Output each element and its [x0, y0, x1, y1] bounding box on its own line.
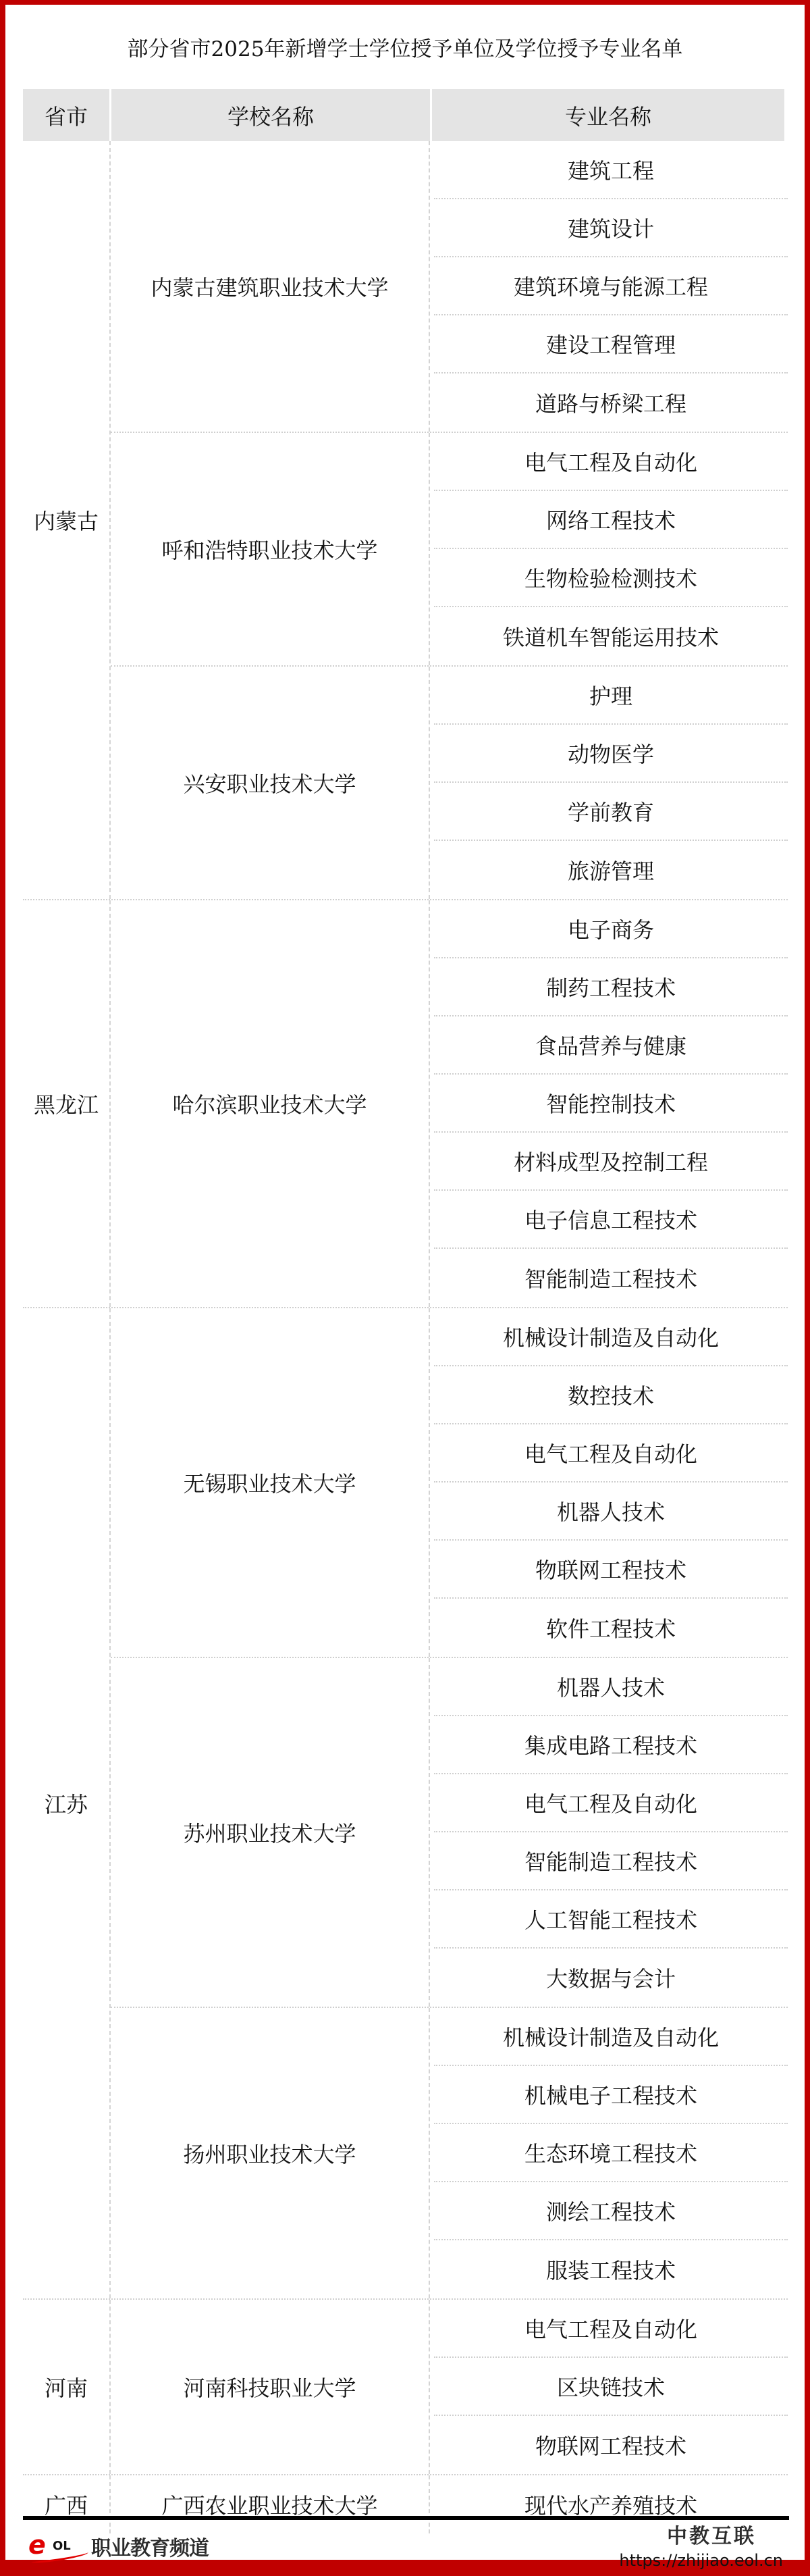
- province-cell: 广西: [23, 2475, 111, 2533]
- major-cell: 电子信息工程技术: [434, 1191, 788, 1249]
- major-list: 机械设计制造及自动化数控技术电气工程及自动化机器人技术物联网工程技术软件工程技术: [430, 1308, 788, 1657]
- school-cell: 兴安职业技术大学: [111, 667, 430, 899]
- major-cell: 机器人技术: [434, 1658, 788, 1716]
- header-school: 学校名称: [111, 89, 430, 141]
- logo-e: e: [28, 2532, 46, 2558]
- school-cell: 无锡职业技术大学: [111, 1308, 430, 1657]
- major-cell: 生态环境工程技术: [434, 2124, 788, 2182]
- major-cell: 区块链技术: [434, 2358, 788, 2416]
- major-cell: 道路与桥梁工程: [434, 373, 788, 432]
- channel-name: 职业教育频道: [91, 2531, 209, 2561]
- major-list: 机械设计制造及自动化机械电子工程技术生态环境工程技术测绘工程技术服装工程技术: [430, 2008, 788, 2298]
- page-title: 部分省市2025年新增学士学位授予单位及学位授予专业名单: [0, 32, 810, 66]
- province-cell: 黑龙江: [23, 900, 111, 1307]
- major-cell: 服装工程技术: [434, 2240, 788, 2298]
- major-cell: 电子商务: [434, 900, 788, 958]
- major-cell: 物联网工程技术: [434, 1541, 788, 1599]
- school-group: 苏州职业技术大学机器人技术集成电路工程技术电气工程及自动化智能制造工程技术人工智…: [111, 1658, 788, 2008]
- school-list: 无锡职业技术大学机械设计制造及自动化数控技术电气工程及自动化机器人技术物联网工程…: [111, 1308, 788, 2298]
- footer-source: 中教互联 https://zhijiao.eol.cn: [619, 2523, 783, 2571]
- major-cell: 电气工程及自动化: [434, 2300, 788, 2358]
- major-cell: 生物检验检测技术: [434, 549, 788, 607]
- province-group: 黑龙江哈尔滨职业技术大学电子商务制药工程技术食品营养与健康智能控制技术材料成型及…: [23, 900, 788, 1308]
- major-cell: 护理: [434, 667, 788, 725]
- major-list: 护理动物医学学前教育旅游管理: [430, 667, 788, 899]
- major-list: 机器人技术集成电路工程技术电气工程及自动化智能制造工程技术人工智能工程技术大数据…: [430, 1658, 788, 2007]
- major-cell: 智能制造工程技术: [434, 1832, 788, 1890]
- major-cell: 机械设计制造及自动化: [434, 2008, 788, 2066]
- major-cell: 数控技术: [434, 1366, 788, 1424]
- major-cell: 集成电路工程技术: [434, 1716, 788, 1774]
- major-cell: 测绘工程技术: [434, 2182, 788, 2240]
- province-group: 江苏无锡职业技术大学机械设计制造及自动化数控技术电气工程及自动化机器人技术物联网…: [23, 1308, 788, 2300]
- major-cell: 铁道机车智能运用技术: [434, 607, 788, 665]
- school-cell: 呼和浩特职业技术大学: [111, 433, 430, 665]
- school-cell: 扬州职业技术大学: [111, 2008, 430, 2298]
- major-list: 电气工程及自动化网络工程技术生物检验检测技术铁道机车智能运用技术: [430, 433, 788, 665]
- major-cell: 大数据与会计: [434, 1949, 788, 2007]
- eol-brand: e OL 职业教育频道: [24, 2529, 209, 2563]
- school-cell: 内蒙古建筑职业技术大学: [111, 141, 430, 432]
- school-list: 哈尔滨职业技术大学电子商务制药工程技术食品营养与健康智能控制技术材料成型及控制工…: [111, 900, 788, 1307]
- major-cell: 物联网工程技术: [434, 2416, 788, 2474]
- major-cell: 建筑环境与能源工程: [434, 257, 788, 315]
- eol-logo-icon: e OL: [24, 2529, 88, 2563]
- province-group: 内蒙古内蒙古建筑职业技术大学建筑工程建筑设计建筑环境与能源工程建设工程管理道路与…: [23, 141, 788, 900]
- logo-ol: OL: [53, 2539, 71, 2553]
- major-list: 电子商务制药工程技术食品营养与健康智能控制技术材料成型及控制工程电子信息工程技术…: [430, 900, 788, 1307]
- major-cell: 材料成型及控制工程: [434, 1133, 788, 1191]
- table-body: 内蒙古内蒙古建筑职业技术大学建筑工程建筑设计建筑环境与能源工程建设工程管理道路与…: [23, 141, 788, 2533]
- source-url: https://zhijiao.eol.cn: [619, 2550, 783, 2571]
- major-cell: 电气工程及自动化: [434, 1774, 788, 1832]
- major-cell: 人工智能工程技术: [434, 1890, 788, 1949]
- major-cell: 网络工程技术: [434, 491, 788, 549]
- major-cell: 制药工程技术: [434, 958, 788, 1016]
- footer-divider: [23, 2516, 789, 2520]
- major-list: 建筑工程建筑设计建筑环境与能源工程建设工程管理道路与桥梁工程: [430, 141, 788, 432]
- major-cell: 建筑设计: [434, 199, 788, 257]
- major-cell: 机械设计制造及自动化: [434, 1308, 788, 1366]
- header-major: 专业名称: [432, 89, 784, 141]
- school-cell: 苏州职业技术大学: [111, 1658, 430, 2007]
- major-cell: 软件工程技术: [434, 1599, 788, 1657]
- major-cell: 智能制造工程技术: [434, 1249, 788, 1307]
- major-cell: 机器人技术: [434, 1483, 788, 1541]
- major-cell: 建设工程管理: [434, 315, 788, 373]
- major-cell: 学前教育: [434, 783, 788, 841]
- school-cell: 河南科技职业大学: [111, 2300, 430, 2474]
- major-cell: 智能控制技术: [434, 1075, 788, 1133]
- major-cell: 机械电子工程技术: [434, 2066, 788, 2124]
- org-name: 中教互联: [619, 2523, 756, 2550]
- major-list: 电气工程及自动化区块链技术物联网工程技术: [430, 2300, 788, 2474]
- major-cell: 电气工程及自动化: [434, 433, 788, 491]
- school-group: 无锡职业技术大学机械设计制造及自动化数控技术电气工程及自动化机器人技术物联网工程…: [111, 1308, 788, 1658]
- school-group: 扬州职业技术大学机械设计制造及自动化机械电子工程技术生态环境工程技术测绘工程技术…: [111, 2008, 788, 2298]
- province-cell: 内蒙古: [23, 141, 111, 899]
- province-cell: 江苏: [23, 1308, 111, 2298]
- major-cell: 动物医学: [434, 725, 788, 783]
- school-group: 兴安职业技术大学护理动物医学学前教育旅游管理: [111, 667, 788, 899]
- school-cell: 广西农业职业技术大学: [111, 2475, 430, 2533]
- school-list: 内蒙古建筑职业技术大学建筑工程建筑设计建筑环境与能源工程建设工程管理道路与桥梁工…: [111, 141, 788, 899]
- school-group: 内蒙古建筑职业技术大学建筑工程建筑设计建筑环境与能源工程建设工程管理道路与桥梁工…: [111, 141, 788, 433]
- header-province: 省市: [23, 89, 109, 141]
- province-group: 河南河南科技职业大学电气工程及自动化区块链技术物联网工程技术: [23, 2300, 788, 2475]
- major-cell: 食品营养与健康: [434, 1016, 788, 1075]
- majors-table: 省市 学校名称 专业名称 内蒙古内蒙古建筑职业技术大学建筑工程建筑设计建筑环境与…: [23, 89, 788, 2533]
- major-cell: 旅游管理: [434, 841, 788, 899]
- school-group: 哈尔滨职业技术大学电子商务制药工程技术食品营养与健康智能控制技术材料成型及控制工…: [111, 900, 788, 1307]
- province-cell: 河南: [23, 2300, 111, 2474]
- major-cell: 电气工程及自动化: [434, 1424, 788, 1483]
- school-group: 河南科技职业大学电气工程及自动化区块链技术物联网工程技术: [111, 2300, 788, 2474]
- table-header: 省市 学校名称 专业名称: [23, 89, 788, 141]
- school-list: 河南科技职业大学电气工程及自动化区块链技术物联网工程技术: [111, 2300, 788, 2474]
- major-cell: 建筑工程: [434, 141, 788, 199]
- school-group: 呼和浩特职业技术大学电气工程及自动化网络工程技术生物检验检测技术铁道机车智能运用…: [111, 433, 788, 667]
- school-cell: 哈尔滨职业技术大学: [111, 900, 430, 1307]
